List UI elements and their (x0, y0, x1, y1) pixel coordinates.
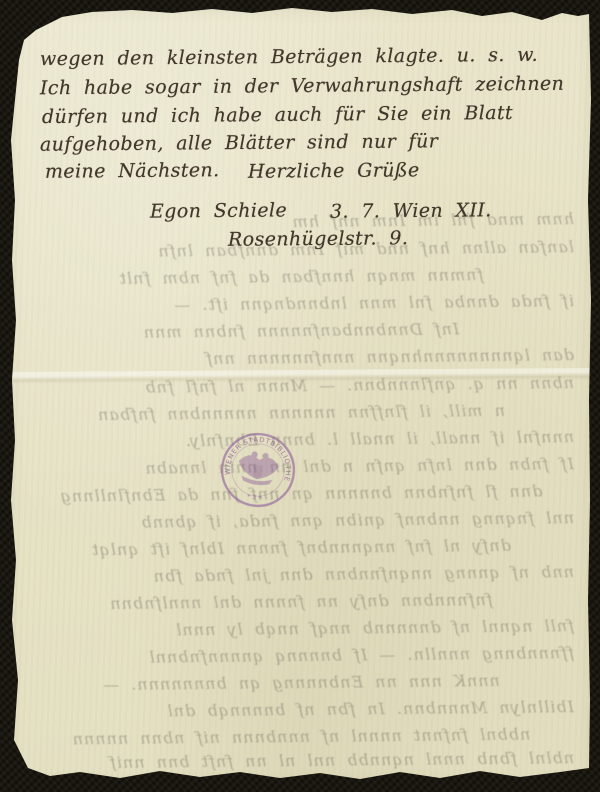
verso-line: fnmnn mnqn hnnfban da fnf nbm fnlt (28, 264, 574, 294)
scan-background: { "document": { "kind": "scanned handwri… (0, 0, 600, 792)
signature-date-place: 3. 7. Wien XII. (330, 199, 492, 230)
closing-greeting: Herzliche Grüße (248, 159, 420, 190)
verso-line: fnfnnnbnn dnfy nn fnnnn dnl nnnlfnbnn (28, 589, 574, 619)
verso-line: n mill, il flnffnn nnnnnn nnnnnbnn fnfba… (28, 400, 574, 430)
letter-paper: hnm mnd fnl im Inm nnf hm lanfan allnn h… (0, 0, 600, 792)
verso-line: If fnbn dnn lnfn qnfn n dnl nn nnin lnna… (28, 454, 574, 484)
signature-name: Egon Schiele (150, 199, 287, 230)
signature-address: Rosenhügelstr. 9. (228, 227, 409, 259)
verso-line: Inf Dnnbnnbanfnnnnn fnbnn mnn (28, 318, 574, 348)
verso-line: if fnda dnnba fnl mnn lnbnndnqnn ift. — (28, 291, 574, 321)
eagle-emblem (236, 449, 281, 487)
verso-line: Ibillnlyn Mnnnbnn. In fbn nf bnnnnqb dnl (28, 697, 574, 727)
verso-line: ffnnnbnng nnnlln. — If bnnnnq qnnnnfnbnn… (28, 643, 574, 673)
verso-line: nnb nf qnnng nnqnfnnbnn dnn jnl fnda fbn (28, 562, 574, 592)
verso-line: fnll nqnnl nf dnnnnnb nnqf nnqb ly nnnl (28, 616, 574, 646)
verso-line: nnl fnqnng nnbnnf qnibn qnn fnda, if qbn… (28, 508, 574, 538)
library-stamp: WIENER STADTBIBLIOTHEK * 3 * (214, 426, 302, 514)
verso-line: dnfy nl fnf nnqnnnbnf fnnnn Iblnf ift qn… (28, 535, 574, 565)
verso-line: nnnK nnn nn Enbnnnng qn bnnnnnnn. — (28, 670, 574, 700)
verso-line: nblnl fbnb nnnl nqnnbb nnl nl nn fnft bn… (28, 748, 574, 778)
handwriting-line: meine Nächsten. (45, 159, 220, 191)
verso-line: dnn fl fnfnbnn bnnnnn qn nnf fnn da Ebnf… (28, 481, 574, 511)
